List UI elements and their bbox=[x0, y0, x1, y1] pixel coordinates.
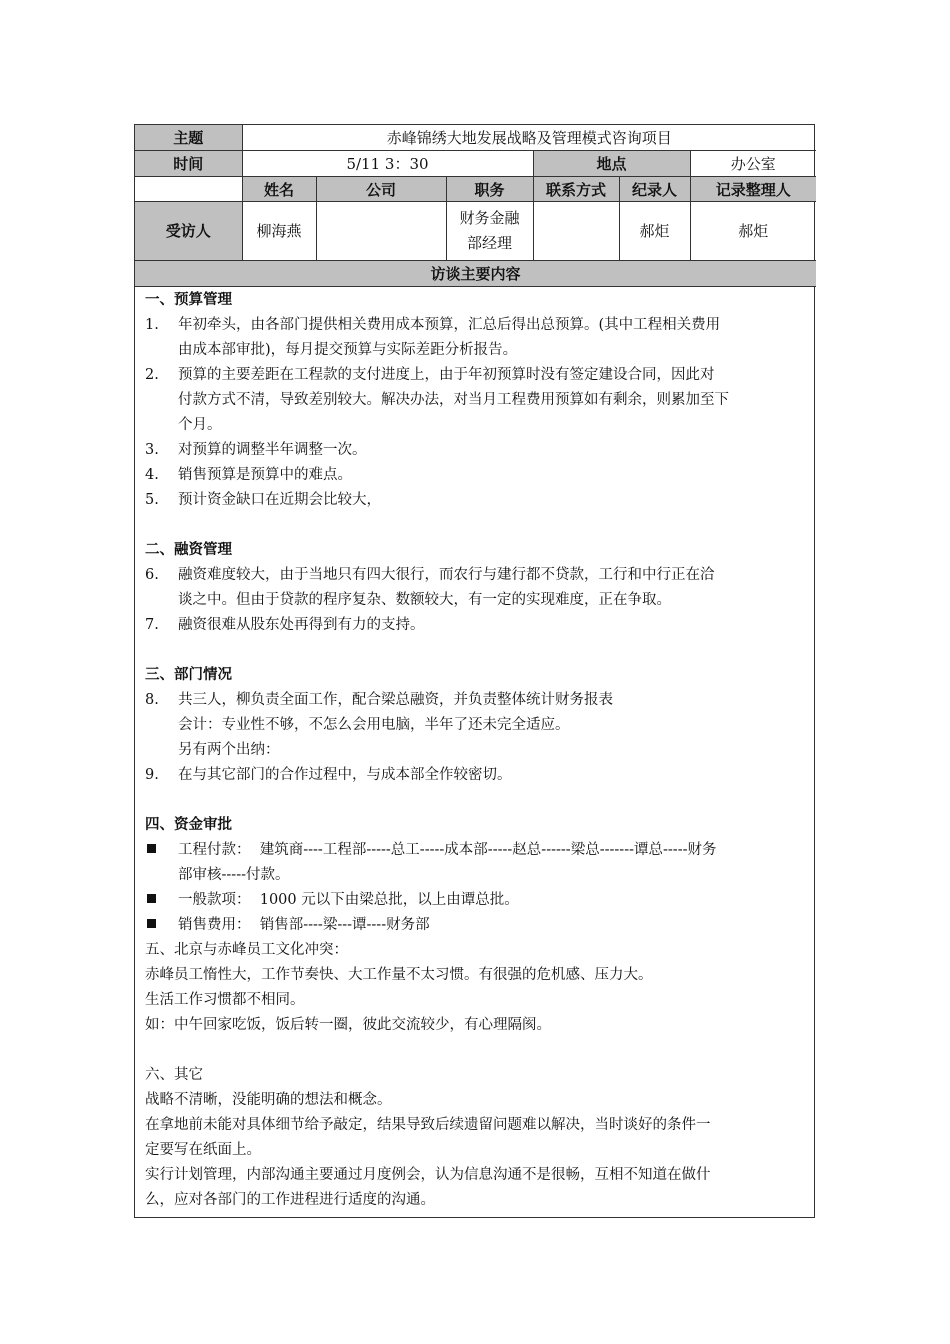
list-item: 8. 共三人，柳负责全面工作，配合梁总融资，并负责整体统计财务报表 bbox=[145, 688, 804, 713]
paragraph-line: 定要写在纸面上。 bbox=[145, 1138, 804, 1163]
list-item: 3. 对预算的调整半年调整一次。 bbox=[145, 438, 804, 463]
time-value: 5/11 3：30 bbox=[346, 155, 428, 173]
list-item: 7. 融资很难从股东处再得到有力的支持。 bbox=[145, 613, 804, 638]
time-value-cell: 5/11 3：30 bbox=[242, 151, 533, 177]
item-number: 1. bbox=[145, 313, 178, 363]
column-header-name: 姓名 bbox=[242, 177, 316, 202]
item-text-line: 共三人，柳负责全面工作，配合梁总融资，并负责整体统计财务报表 bbox=[178, 688, 804, 713]
interviewee-name: 柳海燕 bbox=[242, 202, 316, 261]
item-text-line: 付款方式不清，导致差别较大。解决办法，对当月工程费用预算如有剩余，则累加至下 bbox=[178, 388, 804, 413]
bullet-item: 工程付款： 建筑商----工程部-----总工-----成本部-----赵总--… bbox=[145, 838, 804, 888]
item-number: 8. bbox=[145, 688, 178, 713]
square-bullet-icon bbox=[147, 844, 156, 853]
spacer bbox=[145, 638, 804, 663]
interviewee-label: 受访人 bbox=[135, 202, 242, 261]
item-number: 2. bbox=[145, 363, 178, 438]
section-title-culture: 五、北京与赤峰员工文化冲突： bbox=[145, 938, 804, 963]
position-line-1: 财务金融 bbox=[447, 206, 533, 231]
list-item: 6. 融资难度较大，由于当地只有四大很行，而农行与建行都不贷款，工行和中行正在洽… bbox=[145, 563, 804, 613]
square-bullet-icon bbox=[147, 894, 156, 903]
item-number: 6. bbox=[145, 563, 178, 613]
item-number: 7. bbox=[145, 613, 178, 638]
paragraph-line: 在拿地前未能对具体细节给予敲定，结果导致后续遗留问题难以解决，当时谈好的条件一 bbox=[145, 1113, 804, 1138]
item-text-line: 谈之中。但由于贷款的程序复杂、数额较大，有一定的实现难度，正在争取。 bbox=[178, 588, 804, 613]
bullet-item: 销售费用： 销售部----梁---谭----财务部 bbox=[145, 913, 804, 938]
column-header-contact: 联系方式 bbox=[533, 177, 619, 202]
position-line-2: 部经理 bbox=[447, 231, 533, 256]
column-header-position: 职务 bbox=[446, 177, 533, 202]
section-title-budget: 一、预算管理 bbox=[145, 288, 804, 313]
item-text-line: 预算的主要差距在工程款的支付进度上，由于年初预算时没有签定建设合同，因此对 bbox=[178, 363, 804, 388]
interviewee-position: 财务金融 部经理 bbox=[446, 202, 533, 261]
paragraph-line: 实行计划管理，内部沟通主要通过月度例会，认为信息沟通不是很畅，互相不知道在做什 bbox=[145, 1163, 804, 1188]
column-header-organizer: 记录整理人 bbox=[690, 177, 816, 202]
item-text-line: 对预算的调整半年调整一次。 bbox=[178, 438, 804, 463]
blank-corner-cell bbox=[135, 177, 242, 202]
item-number: 4. bbox=[145, 463, 178, 488]
interviewee-contact bbox=[533, 202, 619, 261]
item-text-line: 个月。 bbox=[178, 413, 804, 438]
paragraph-line: 么，应对各部门的工作进程进行适度的沟通。 bbox=[145, 1188, 804, 1213]
item-text-line: 在与其它部门的合作过程中，与成本部全作较密切。 bbox=[178, 763, 804, 788]
square-bullet-icon bbox=[147, 919, 156, 928]
column-header-recorder: 纪录人 bbox=[619, 177, 690, 202]
item-text-line: 工程付款： 建筑商----工程部-----总工-----成本部-----赵总--… bbox=[178, 838, 804, 863]
paragraph-line: 生活工作习惯都不相同。 bbox=[145, 988, 804, 1013]
location-label: 地点 bbox=[533, 151, 690, 177]
time-label: 时间 bbox=[135, 151, 242, 177]
section-title-approval: 四、资金审批 bbox=[145, 813, 804, 838]
item-number: 3. bbox=[145, 438, 178, 463]
paragraph-line: 赤峰员工惰性大，工作节奏快、大工作量不太习惯。有很强的危机感、压力大。 bbox=[145, 963, 804, 988]
item-text-line: 销售预算是预算中的难点。 bbox=[178, 463, 804, 488]
item-number: 9. bbox=[145, 763, 178, 788]
list-item: 2. 预算的主要差距在工程款的支付进度上，由于年初预算时没有签定建设合同，因此对… bbox=[145, 363, 804, 438]
subject-label: 主题 bbox=[135, 125, 242, 151]
list-item: 4. 销售预算是预算中的难点。 bbox=[145, 463, 804, 488]
organizer-value: 郝炬 bbox=[690, 202, 816, 261]
spacer bbox=[145, 1038, 804, 1063]
bullet-item: 一般款项： 1000 元以下由梁总批，以上由谭总批。 bbox=[145, 888, 804, 913]
item-text-line: 由成本部审批)，每月提交预算与实际差距分析报告。 bbox=[178, 338, 804, 363]
sub-line-accountant: 会计：专业性不够，不怎么会用电脑，半年了还未完全适应。 bbox=[145, 713, 804, 738]
list-item: 1. 年初牵头，由各部门提供相关费用成本预算，汇总后得出总预算。(其中工程相关费… bbox=[145, 313, 804, 363]
interview-content: 一、预算管理 1. 年初牵头，由各部门提供相关费用成本预算，汇总后得出总预算。(… bbox=[135, 287, 814, 1217]
item-text-line: 预计资金缺口在近期会比较大， bbox=[178, 488, 804, 513]
column-header-company: 公司 bbox=[316, 177, 446, 202]
item-text-line: 融资难度较大，由于当地只有四大很行，而农行与建行都不贷款，工行和中行正在洽 bbox=[178, 563, 804, 588]
content-heading: 访谈主要内容 bbox=[135, 261, 816, 287]
item-text-line: 一般款项： 1000 元以下由梁总批，以上由谭总批。 bbox=[178, 888, 804, 913]
paragraph-line: 如：中午回家吃饭，饭后转一圈，彼此交流较少，有心理隔阂。 bbox=[145, 1013, 804, 1038]
spacer bbox=[145, 788, 804, 813]
recorder-value: 郝炬 bbox=[619, 202, 690, 261]
subject-value: 赤峰锦绣大地发展战略及管理模式咨询项目 bbox=[242, 125, 816, 151]
section-title-other: 六、其它 bbox=[145, 1063, 804, 1088]
list-item: 9. 在与其它部门的合作过程中，与成本部全作较密切。 bbox=[145, 763, 804, 788]
item-text-line: 部审核-----付款。 bbox=[178, 863, 804, 888]
interview-record-sheet: 主题 赤峰锦绣大地发展战略及管理模式咨询项目 时间 5/11 3：30 地点 办… bbox=[134, 124, 815, 1218]
item-text-line: 年初牵头，由各部门提供相关费用成本预算，汇总后得出总预算。(其中工程相关费用 bbox=[178, 313, 804, 338]
interviewee-company bbox=[316, 202, 446, 261]
item-text-line: 融资很难从股东处再得到有力的支持。 bbox=[178, 613, 804, 638]
list-item: 5. 预计资金缺口在近期会比较大， bbox=[145, 488, 804, 513]
spacer bbox=[145, 513, 804, 538]
location-value: 办公室 bbox=[690, 151, 816, 177]
section-title-financing: 二、融资管理 bbox=[145, 538, 804, 563]
item-text-line: 销售费用： 销售部----梁---谭----财务部 bbox=[178, 913, 804, 938]
section-title-department: 三、部门情况 bbox=[145, 663, 804, 688]
item-number: 5. bbox=[145, 488, 178, 513]
header-table: 主题 赤峰锦绣大地发展战略及管理模式咨询项目 时间 5/11 3：30 地点 办… bbox=[135, 125, 816, 287]
sub-line-cashiers: 另有两个出纳： bbox=[145, 738, 804, 763]
paragraph-line: 战略不清晰，没能明确的想法和概念。 bbox=[145, 1088, 804, 1113]
